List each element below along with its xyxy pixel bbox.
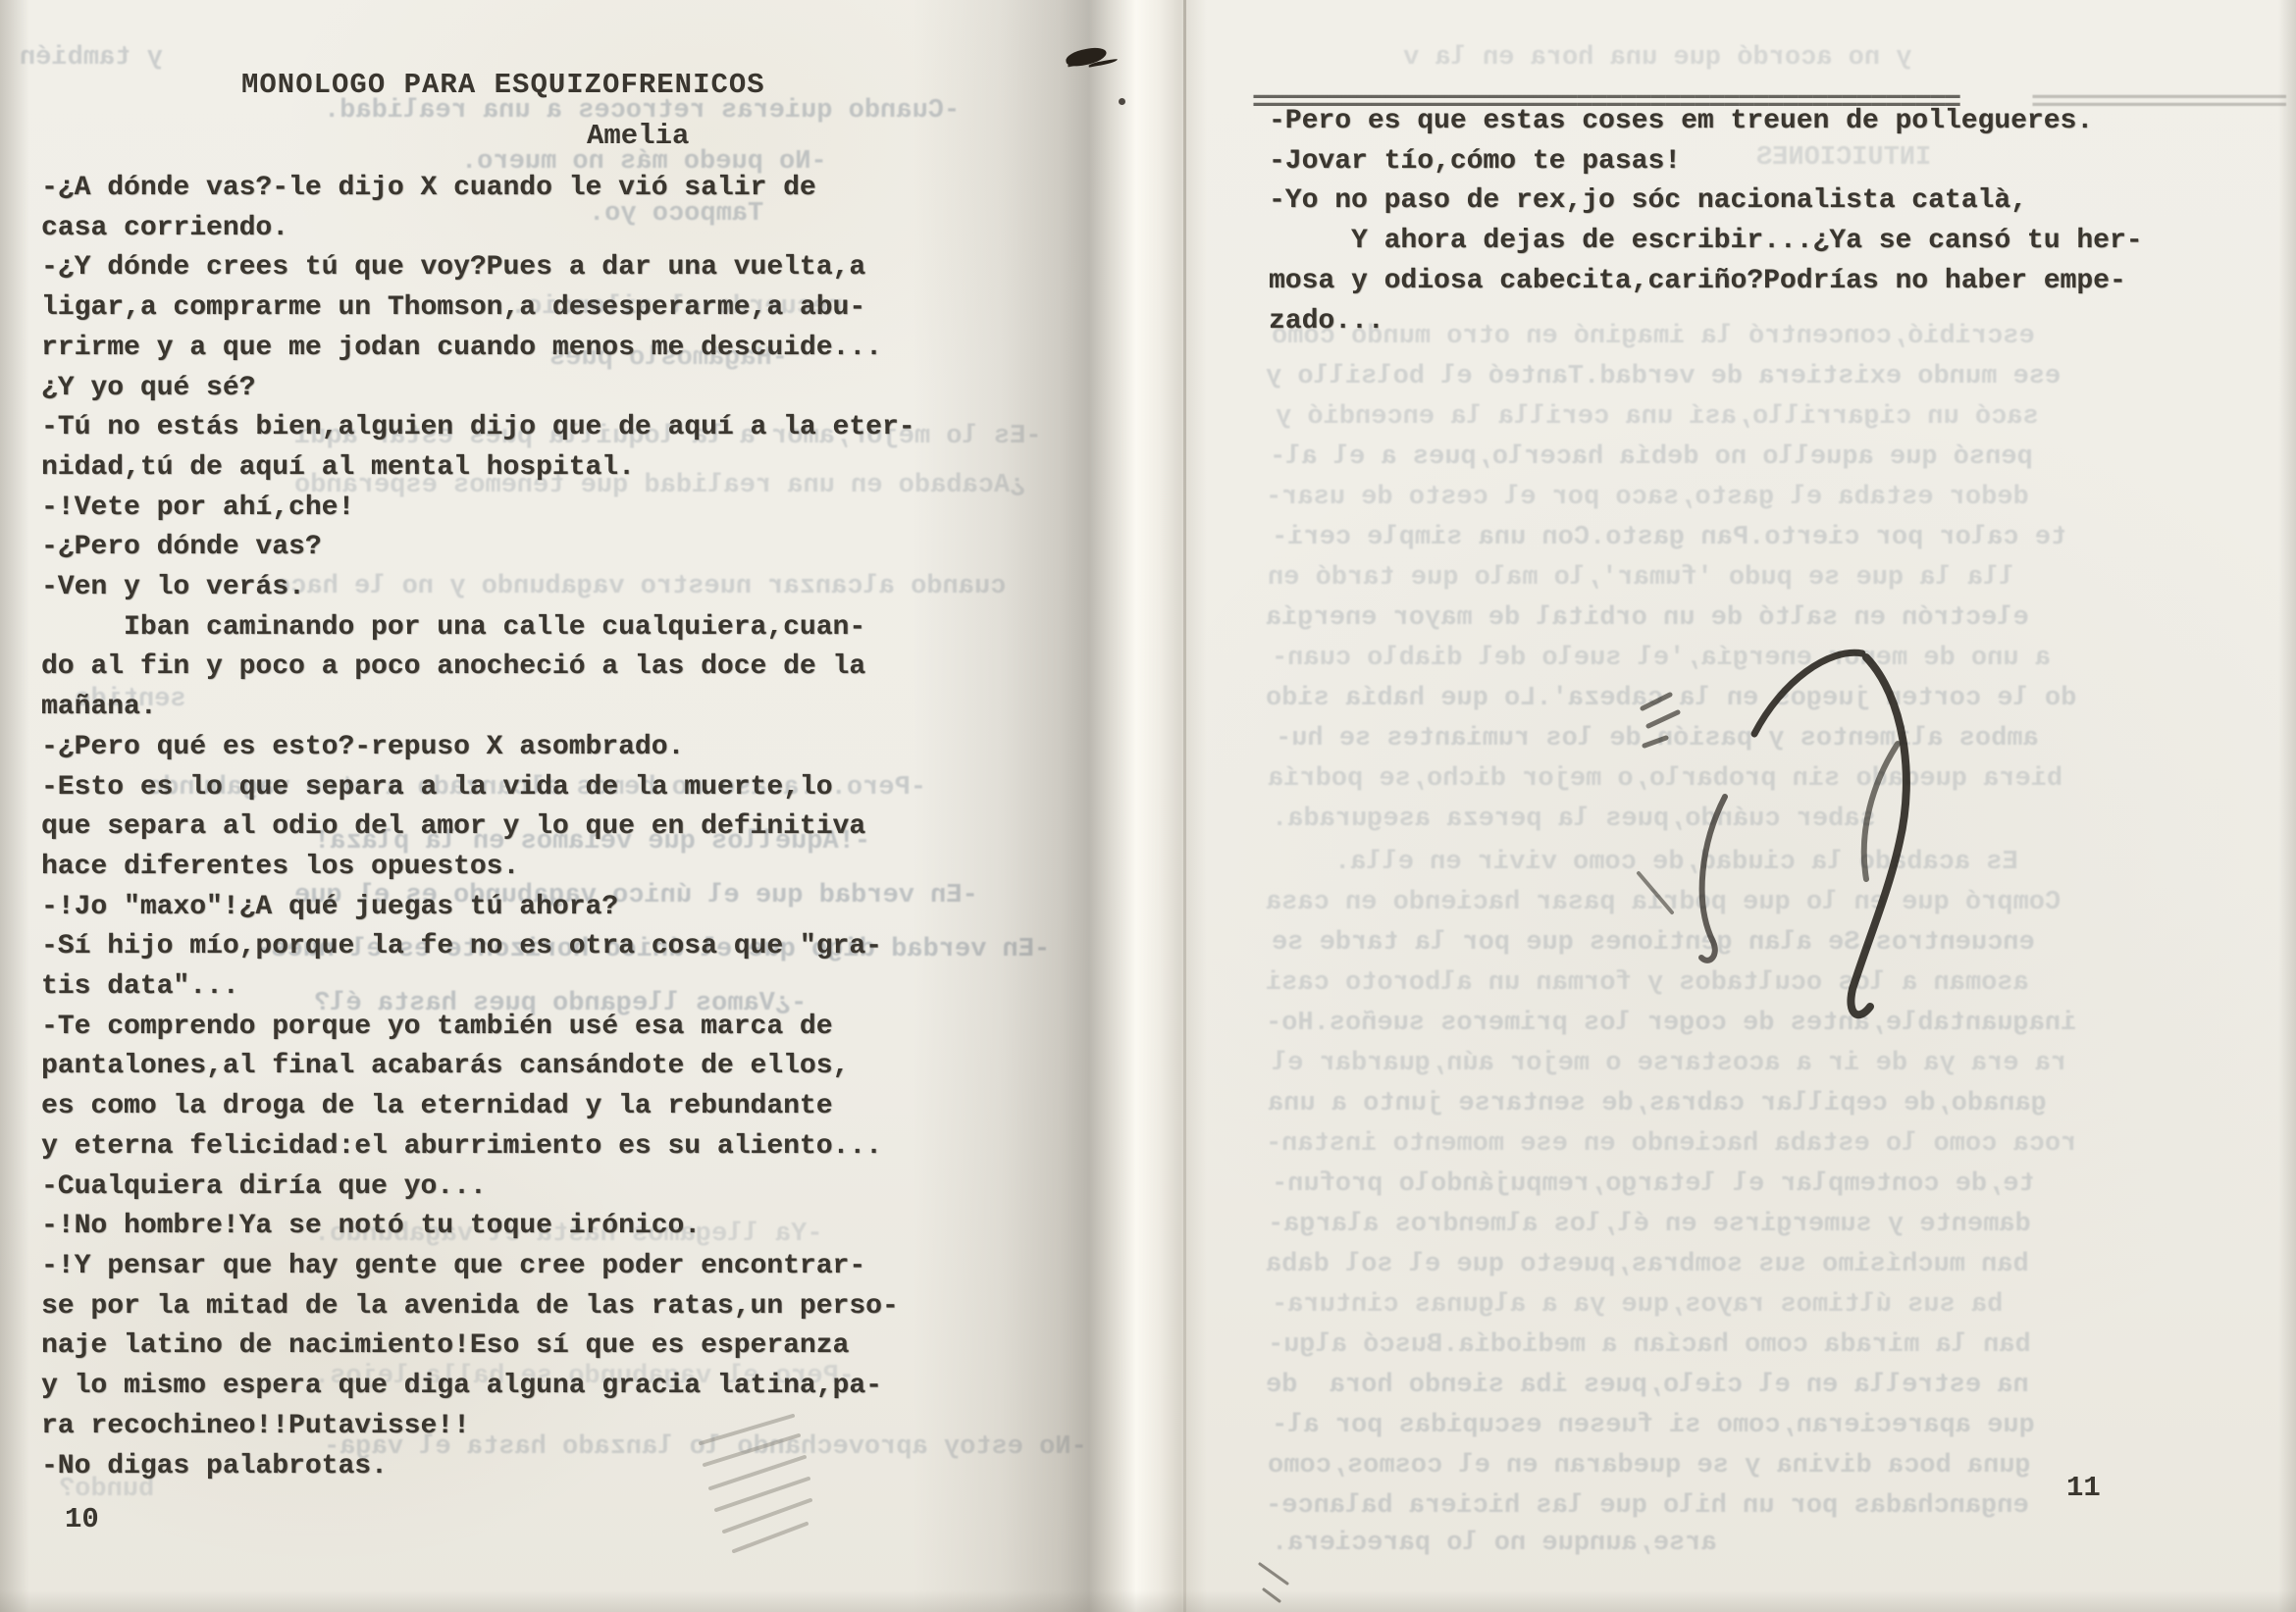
bleedthrough-line: te calor por cierto.Pan gasto.Con una si… bbox=[1272, 525, 2066, 551]
left-page-text: -¿A dónde vas?-le dijo X cuando le vió s… bbox=[41, 169, 915, 1486]
typed-line: -Jovar tío,cómo te pasas! bbox=[1269, 142, 2143, 182]
typed-line: se por la mitad de la avenida de las rat… bbox=[41, 1287, 915, 1327]
bleedthrough-line: sacó un cigarrillo,así una cerilla la en… bbox=[1276, 404, 2039, 431]
typed-line: nidad,tú de aquí al mental hospital. bbox=[41, 448, 915, 489]
bleedthrough-line: ban la mirada como hacían a mediodía.Bus… bbox=[1268, 1332, 2031, 1359]
typed-line: -Cualquiera diría que yo... bbox=[41, 1168, 915, 1208]
typed-line: y eterna felicidad:el aburrimiento es su… bbox=[41, 1127, 915, 1168]
typed-line: -!Y pensar que hay gente que cree poder … bbox=[41, 1247, 915, 1287]
scan-edge-left bbox=[0, 0, 29, 1612]
typed-line: mañana. bbox=[41, 688, 915, 728]
typed-line: hace diferentes los opuestos. bbox=[41, 848, 915, 888]
pencil-smudge bbox=[683, 1398, 860, 1565]
scan-edge-bottom bbox=[0, 1590, 2296, 1612]
typed-line: ligar,a comprarme un Thomson,a desespera… bbox=[41, 288, 915, 329]
bleedthrough-line: roca como lo estaba haciendo en ese mome… bbox=[1266, 1131, 2076, 1158]
typed-line: -¿Pero dónde vas? bbox=[41, 528, 915, 568]
typed-line: ¿Y yo qué sé? bbox=[41, 369, 915, 409]
typed-line: -¿A dónde vas?-le dijo X cuando le vió s… bbox=[41, 169, 915, 209]
bleedthrough-line: te,de contemplar el letargo,rempujándolo… bbox=[1272, 1171, 2035, 1198]
typed-line: -Pero es que estas coses em treuen de po… bbox=[1269, 102, 2143, 142]
typed-line: es como la droga de la eternidad y la re… bbox=[41, 1087, 915, 1127]
typed-line: -¿Pero qué es esto?-repuso X asombrado. bbox=[41, 728, 915, 768]
bleedthrough-line: guna boca divina y se quedaran en el cos… bbox=[1268, 1453, 2031, 1480]
page-number-right: 11 bbox=[2066, 1472, 2101, 1504]
bleedthrough-line: ese mundo existiera de verdad.Tanteó el … bbox=[1266, 364, 2061, 390]
ink-speck bbox=[1119, 98, 1125, 105]
page-title: MONOLOGO PARA ESQUIZOFRENICOS bbox=[241, 69, 765, 101]
bleedthrough-line: y también bbox=[20, 45, 163, 72]
bleedthrough-line: ban muchísimo sus sombras,puesto que el … bbox=[1266, 1252, 2029, 1278]
typed-line: Y ahora dejas de escribir...¿Ya se cansó… bbox=[1269, 222, 2143, 262]
author-name: Amelia bbox=[587, 120, 689, 152]
book-gutter bbox=[913, 0, 1207, 1612]
typed-line: -Te comprendo porque yo también usé esa … bbox=[41, 1008, 915, 1048]
typed-line: zado... bbox=[1269, 302, 2143, 342]
typed-line: -Tú no estás bien,alguien dijo que de aq… bbox=[41, 408, 915, 448]
bleedthrough-line: ba sus últimos rayos,que ya a algunas ci… bbox=[1272, 1292, 2003, 1319]
book-scan: y también-Cuando quieras retroces a una … bbox=[0, 0, 2296, 1612]
typed-line: -!Jo "maxo"!¿A qué juegas tú ahora? bbox=[41, 888, 915, 928]
bleedthrough-line: damente y sumergirse en él,los almendros… bbox=[1268, 1212, 2031, 1238]
bleedthrough-line: na estrella en el cielo,pues iba siendo … bbox=[1266, 1373, 2029, 1399]
bleedthrough-line: arse,aunque no lo pareciera. bbox=[1272, 1531, 1717, 1557]
bleedthrough-line: enganchadas por un hilo que las hiciera … bbox=[1266, 1493, 2029, 1520]
typed-line: -Esto es lo que separa a la vida de la m… bbox=[41, 768, 915, 808]
bleedthrough-line: ganado,de cepillar cabras,de sentarse ju… bbox=[1268, 1091, 2047, 1118]
bleedthrough-line: que aparecieran,como si fuesen escupidas… bbox=[1272, 1413, 2035, 1439]
handwritten-scribble bbox=[1609, 579, 1962, 1050]
typed-line: casa corriendo. bbox=[41, 209, 915, 249]
typed-line: -!No hombre!Ya se notó tu toque irónico. bbox=[41, 1207, 915, 1247]
right-page-text: -Pero es que estas coses em treuen de po… bbox=[1269, 102, 2143, 341]
typed-line: rrirme y a que me jodan cuando menos me … bbox=[41, 329, 915, 369]
typed-line: naje latino de nacimiento!Eso sí que es … bbox=[41, 1326, 915, 1367]
typed-line: -Yo no paso de rex,jo sóc nacionalista c… bbox=[1269, 182, 2143, 222]
typed-line: mosa y odiosa cabecita,cariño?Podrías no… bbox=[1269, 262, 2143, 302]
gutter-crease-line bbox=[1183, 0, 1186, 1612]
typed-line: Iban caminando por una calle cualquiera,… bbox=[41, 608, 915, 649]
typed-line: do al fin y poco a poco anocheció a las … bbox=[41, 648, 915, 688]
bleedthrough-line: ra era ya de ir a acostarse o mejor aún,… bbox=[1272, 1051, 2066, 1077]
typed-line: tis data"... bbox=[41, 967, 915, 1008]
typed-line: -Ven y lo verás. bbox=[41, 568, 915, 608]
bleedthrough-line: dedor estaba el gasto,saco por el cesto … bbox=[1266, 485, 2029, 511]
page-number-left: 10 bbox=[65, 1503, 99, 1535]
typed-line: pantalones,al final acabarás cansándote … bbox=[41, 1047, 915, 1087]
bleedthrough-line: y no acordó que una hora en la v bbox=[1403, 45, 1911, 72]
scan-edge-right bbox=[2278, 0, 2296, 1612]
typed-line: -Sí hijo mío,porque la fe no es otra cos… bbox=[41, 927, 915, 967]
typed-line: -¿Y dónde crees tú que voy?Pues a dar un… bbox=[41, 248, 915, 288]
typed-line: que separa al odio del amor y lo que en … bbox=[41, 807, 915, 848]
typed-line: -!Vete por ahí,che! bbox=[41, 489, 915, 529]
bleedthrough-line: pensó que aquello no debía hacerlo,pues … bbox=[1270, 444, 2033, 471]
